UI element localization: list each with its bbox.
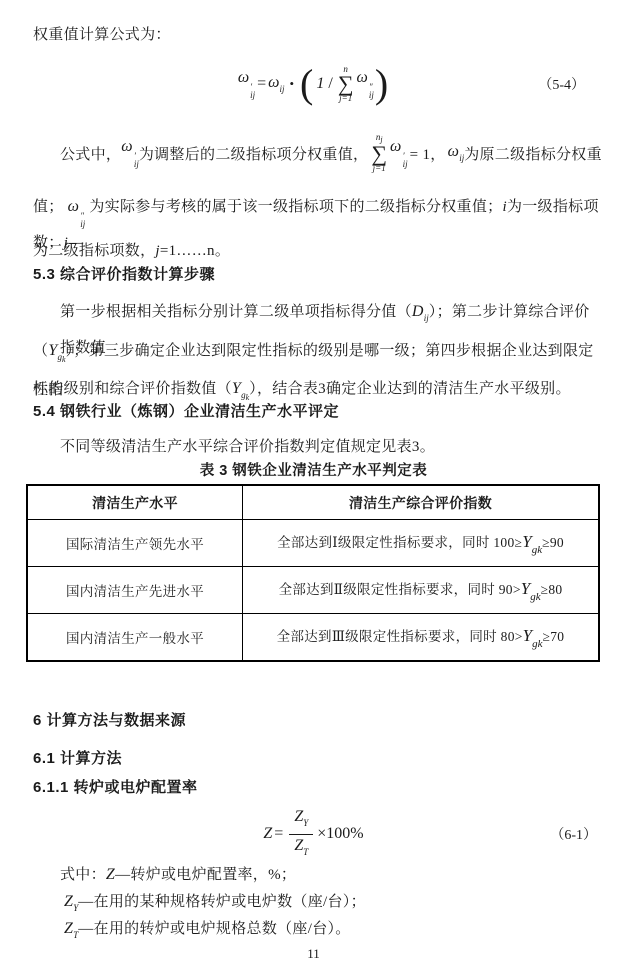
formula-5-4: ω′ij = ωij • ( 1 / n ∑ j=1 ω″ij ) （5-4）	[0, 50, 627, 118]
paragraph-5-4: 不同等级清洁生产水平综合评价指数判定值规定见表3。	[60, 432, 601, 462]
table-header-index: 清洁生产综合评价指数	[243, 485, 600, 520]
document-page: 权重值计算公式为： ω′ij = ωij • ( 1 / n ∑ j=1 ω″i…	[0, 0, 627, 971]
section-heading-5-3: 5.3 综合评价指数计算步骤	[33, 263, 215, 284]
table-row: 国内清洁生产先进水平 全部达到Ⅱ级限定性指标要求，同时 90>Ygk≥80	[27, 567, 599, 614]
paragraph-formula-explanation-line-3: 为二级指标项数，j=1……n。	[33, 236, 601, 266]
table-row: 国际清洁生产领先水平 全部达到Ⅰ级限定性指标要求，同时 100≥Ygk≥90	[27, 520, 599, 567]
omega-prime-ij-inline-2: ω′ij	[390, 138, 408, 168]
table-header-row: 清洁生产水平 清洁生产综合评价指数	[27, 485, 599, 520]
z-t-var: ZT	[64, 920, 78, 937]
equation-number-5-4: （5-4）	[538, 74, 585, 94]
dot-operator: •	[289, 76, 294, 92]
y-gk-symbol: Ygk	[523, 626, 543, 645]
omega-dblprime-ij-inline: ω″ij	[68, 198, 86, 215]
formula-6-1: Z = ZY ZT ×100% （6-1）	[0, 806, 627, 862]
equation-number-6-1: （6-1）	[550, 824, 597, 844]
y-gk-symbol: Ygk	[522, 532, 542, 551]
table-3: 清洁生产水平 清洁生产综合评价指数 国际清洁生产领先水平 全部达到Ⅰ级限定性指标…	[26, 484, 600, 662]
section-heading-6: 6 计算方法与数据来源	[33, 709, 186, 730]
equals-sign: =	[257, 75, 266, 93]
legend-line-1: 式中：Z—转炉或电炉配置率，%；	[60, 864, 296, 886]
omega-dblprime-ij: ω″ij	[357, 69, 374, 99]
omega-ij-inline: ωij	[448, 143, 465, 163]
omega-prime-ij: ω′ij	[238, 69, 255, 99]
y-gk-var: Ygk	[48, 342, 65, 359]
table-row: 国内清洁生产一般水平 全部达到Ⅲ级限定性指标要求，同时 80>Ygk≥70	[27, 614, 599, 662]
omega-ij: ωij	[268, 74, 284, 94]
one: 1	[316, 75, 324, 93]
omega-prime-ij-inline: ω′ij	[121, 138, 139, 168]
cell-index: 全部达到Ⅲ级限定性指标要求，同时 80>Ygk≥70	[243, 614, 600, 662]
page-number: 11	[0, 946, 627, 962]
y-gk-symbol: Ygk	[521, 579, 541, 598]
summation: n ∑ j=1	[338, 65, 354, 103]
z-y-var: ZY	[64, 893, 78, 910]
z-var: Z	[263, 825, 272, 843]
section-heading-6-1-1: 6.1.1 转炉或电炉配置率	[33, 776, 198, 797]
z-var: Z	[106, 866, 115, 883]
cell-level: 国内清洁生产一般水平	[27, 614, 243, 662]
section-heading-5-4: 5.4 钢铁行业（炼钢）企业清洁生产水平评定	[33, 400, 339, 421]
y-gk-var-2: Ygk	[232, 380, 249, 397]
legend-line-2: ZY—在用的某种规格转炉或电炉数（座/台）；	[64, 891, 366, 919]
open-paren: (	[300, 67, 313, 101]
intro-text: 权重值计算公式为：	[33, 27, 171, 43]
fraction: ZY ZT	[289, 807, 313, 862]
section-heading-6-1: 6.1 计算方法	[33, 747, 122, 768]
cell-level: 国内清洁生产先进水平	[27, 567, 243, 614]
intro-line: 权重值计算公式为：	[33, 24, 171, 46]
d-ij-var: Dij	[412, 303, 429, 320]
slash: /	[328, 75, 332, 93]
table-3-caption: 表 3 钢铁企业清洁生产水平判定表	[0, 459, 627, 480]
paragraph-formula-explanation-line-1: 公式中， ω′ij 为调整后的二级指标项分权重值， nj ∑ j=1 ω′ij …	[60, 124, 607, 182]
inline-summation: nj ∑ j=1	[371, 133, 387, 173]
equals-sign: =	[274, 825, 283, 843]
times-100: ×100%	[317, 825, 363, 843]
cell-index: 全部达到Ⅰ级限定性指标要求，同时 100≥Ygk≥90	[243, 520, 600, 567]
cell-level: 国际清洁生产领先水平	[27, 520, 243, 567]
cell-index: 全部达到Ⅱ级限定性指标要求，同时 90>Ygk≥80	[243, 567, 600, 614]
close-paren: )	[375, 67, 388, 101]
table-header-level: 清洁生产水平	[27, 485, 243, 520]
legend-line-3: ZT—在用的转炉或电炉规格总数（座/台）。	[64, 918, 351, 946]
